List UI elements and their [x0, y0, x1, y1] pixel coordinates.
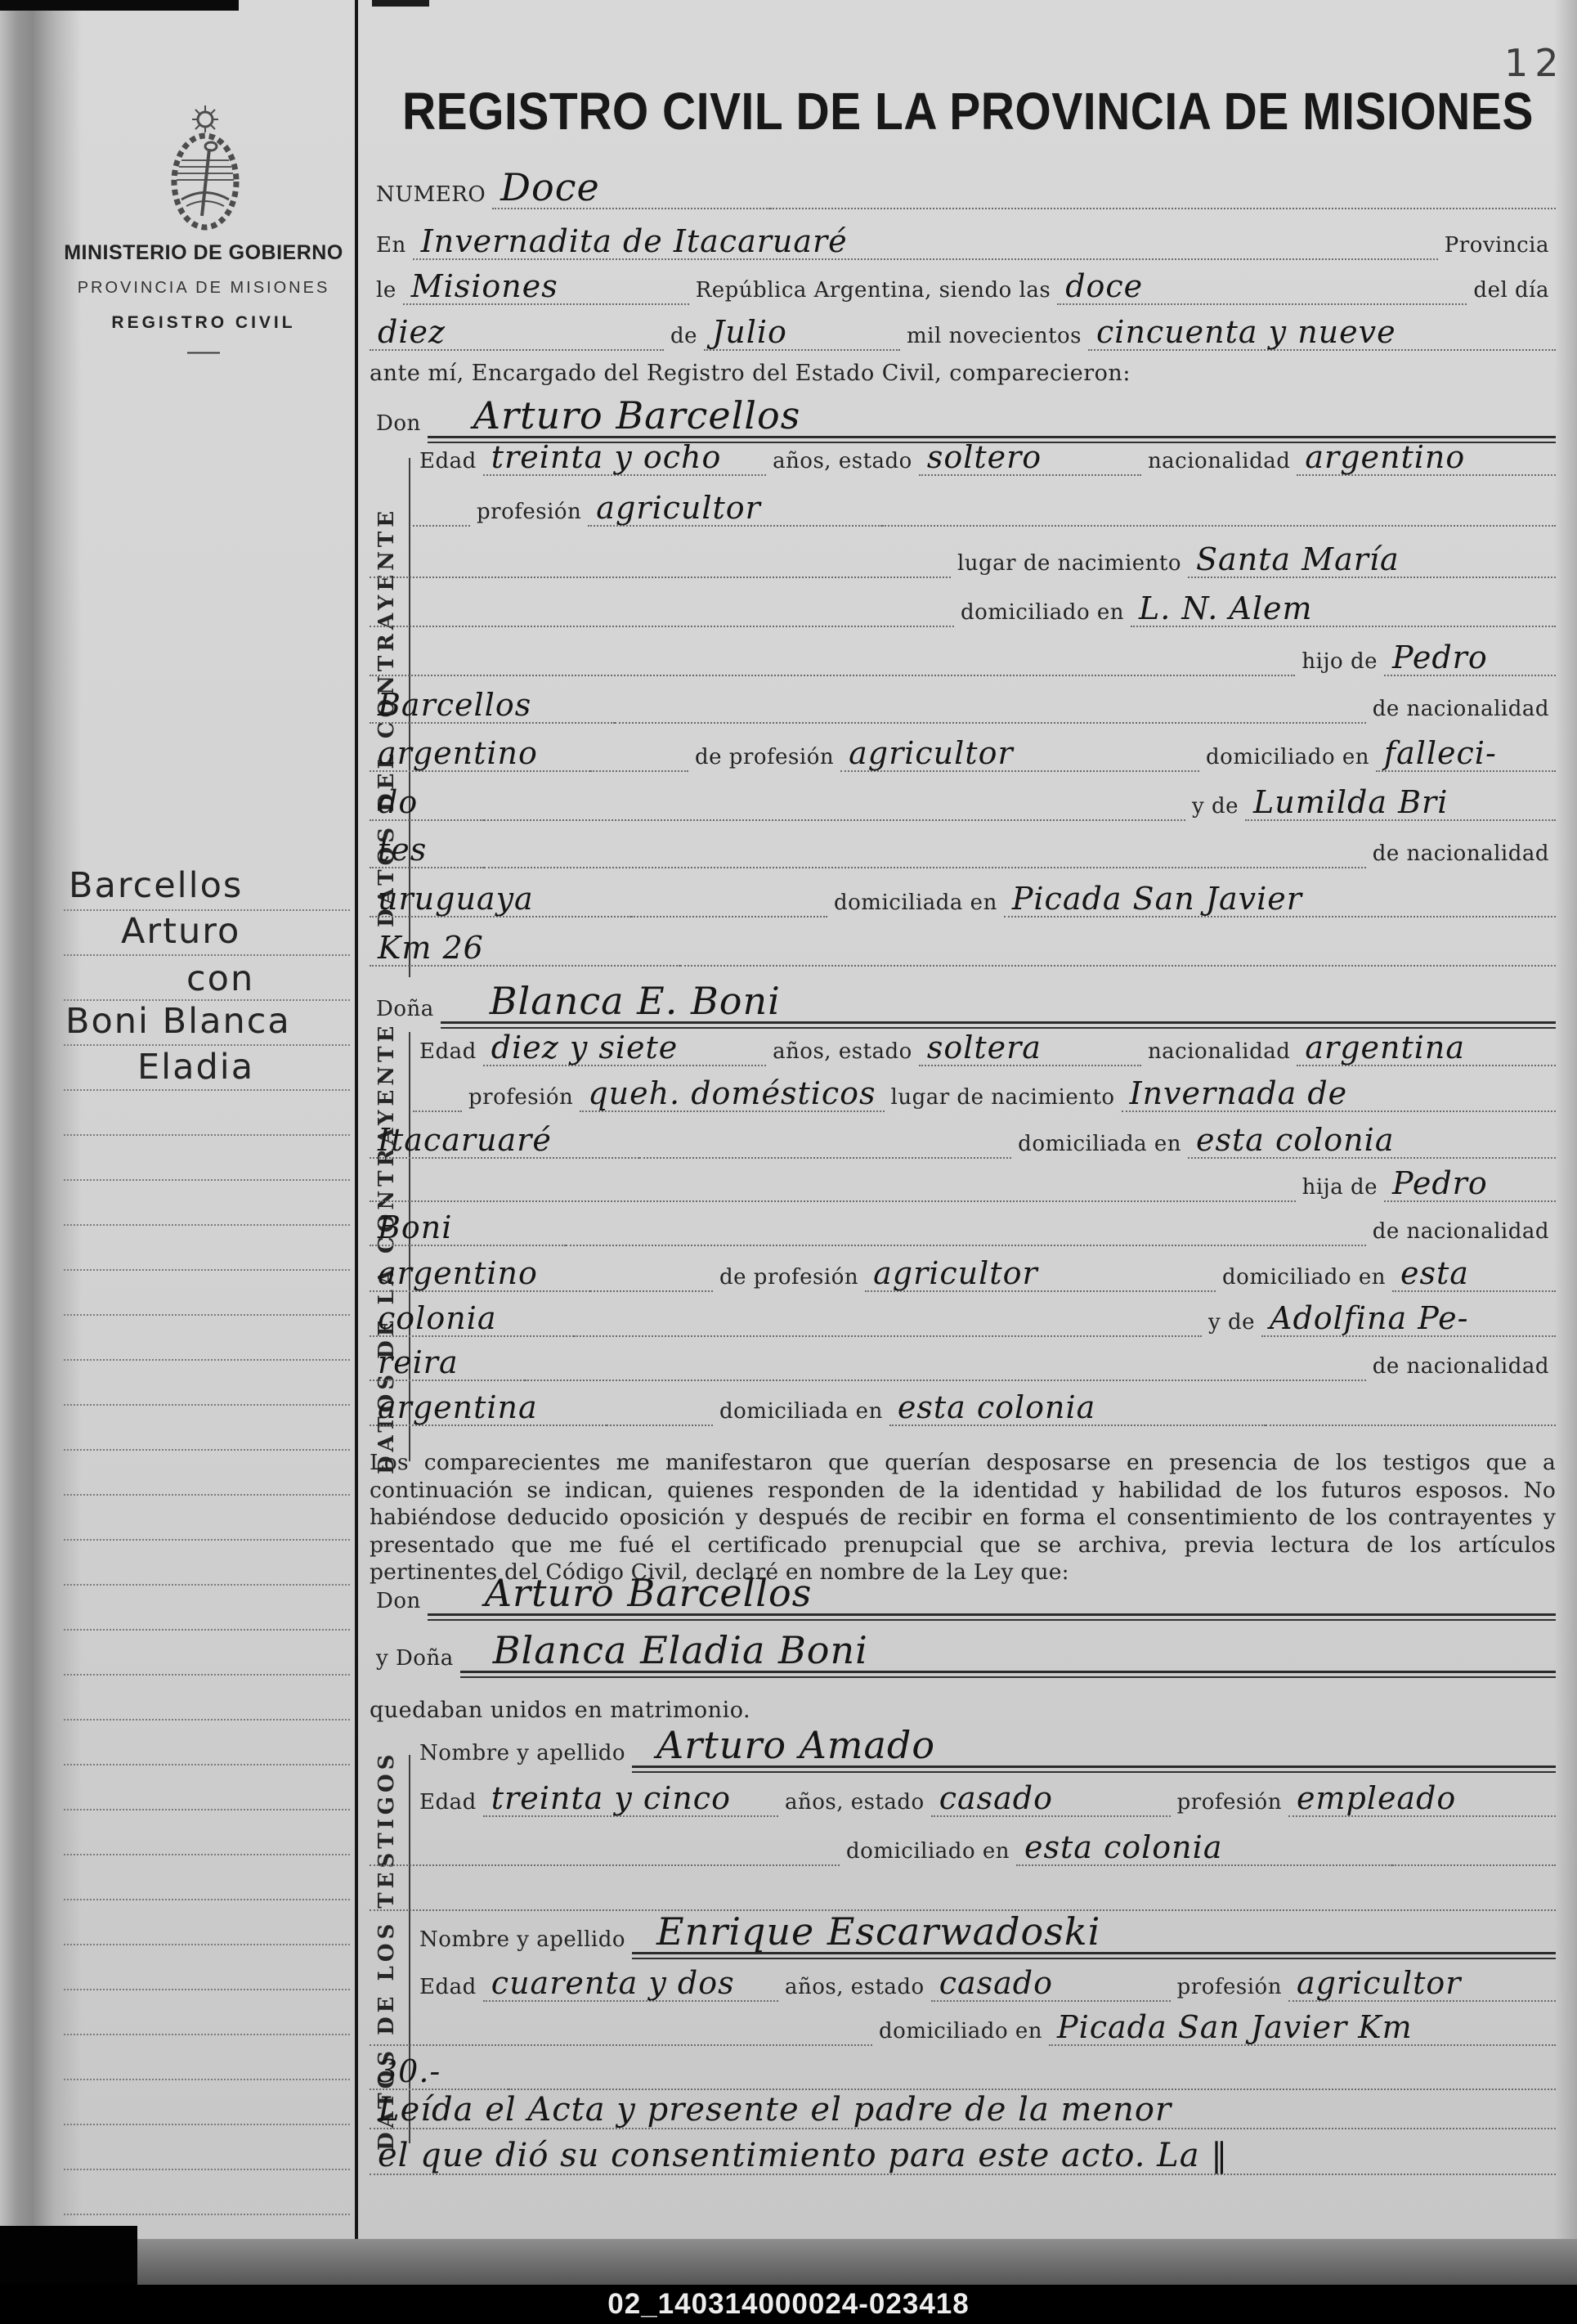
margin-ruled-line — [64, 1539, 350, 1541]
de-nacionalidad-label: de nacionalidad — [1366, 1354, 1556, 1389]
domiciliado-label: domiciliado en — [840, 1839, 1016, 1874]
groom-padre-nombre: Pedro — [1384, 642, 1556, 676]
dotted-rule — [525, 1378, 1366, 1381]
witness2-profesion: agricultor — [1288, 1967, 1556, 2002]
groom-edad-value: treinta y ocho — [483, 442, 766, 476]
witness2-name: Enrique Escarwadoski — [632, 1913, 1556, 1954]
groom-name-value: Arturo Barcellos — [428, 397, 1556, 438]
dotted-rule — [590, 1289, 713, 1292]
bride-madre-domicilio: esta colonia — [889, 1392, 1266, 1426]
bride-madre-nombre-1: Adolfina Pe- — [1261, 1303, 1556, 1337]
bride-madre-nombre-2: reira — [370, 1347, 525, 1381]
dotted-rule — [590, 769, 688, 772]
anos-estado-label: años, estado — [778, 1975, 931, 2010]
del-dia-label: del día — [1467, 278, 1556, 313]
scanned-civil-registry-page: MINISTERIO DE GOBIERNO PROVINCIA DE MISI… — [0, 0, 1577, 2324]
dotted-rule — [639, 1155, 1011, 1159]
groom-lugar-value: Santa María — [1188, 544, 1556, 578]
margin-ruled-line — [64, 1404, 350, 1406]
groom-madre-nacionalidad: uruguaya — [370, 883, 631, 917]
dotted-rule — [680, 963, 1556, 967]
provincia-label: Provincia — [1438, 233, 1556, 268]
page-title: REGISTRO CIVIL DE LA PROVINCIA DE MISION… — [402, 82, 1506, 142]
argentina-coat-of-arms-icon — [157, 101, 253, 239]
dotted-rule — [574, 1334, 1202, 1337]
witness1-name-line: Nombre y apellido Arturo Amado — [413, 1724, 1556, 1776]
vows-dona-line: y Doña Blanca Eladia Boni — [370, 1629, 1556, 1681]
dotted-rule — [770, 206, 1556, 209]
nacionalidad-label: nacionalidad — [1141, 1039, 1297, 1075]
anos-estado-label: años, estado — [766, 1039, 919, 1075]
bride-line-hija-de: hija de Pedro — [370, 1163, 1556, 1210]
margin-ruled-line — [64, 1314, 350, 1316]
dotted-rule — [413, 1109, 462, 1112]
bride-line-madre-2: reira de nacionalidad — [370, 1342, 1556, 1389]
bride-nacionalidad-value: argentina — [1297, 1032, 1556, 1066]
de2-label: de — [664, 324, 704, 359]
lugar-registro-value: Invernadita de Itacaruaré — [413, 226, 1438, 260]
margin-ruled-line — [64, 1854, 350, 1855]
bride-padre-nacionalidad: argentino — [370, 1258, 590, 1292]
de-nacionalidad-label: de nacionalidad — [1366, 697, 1556, 732]
groom-line-padre-apellido: Barcellos de nacionalidad — [370, 684, 1556, 732]
margin-ruled-line — [64, 1629, 350, 1631]
scan-top-shadow — [0, 0, 239, 11]
margin-name-surname-groom: Barcellos — [69, 868, 243, 904]
provincia-value: Misiones — [403, 271, 689, 305]
margin-name-con: con — [186, 962, 254, 997]
groom-padre-profesion: agricultor — [840, 738, 1199, 772]
nombre-apellido-label: Nombre y apellido — [413, 1741, 632, 1776]
scan-bed-band — [0, 2239, 1577, 2285]
hijo-de-label: hijo de — [1295, 649, 1384, 684]
bride-domicilio-value: esta colonia — [1188, 1124, 1556, 1159]
bride-line-madre-domicilio: argentina domiciliada en esta colonia — [370, 1387, 1556, 1434]
groom-padre-domicilio-1: falleci- — [1376, 738, 1556, 772]
witness1-estado: casado — [931, 1783, 1171, 1817]
margin-ruled-line — [64, 2169, 350, 2170]
hija-de-label: hija de — [1296, 1175, 1384, 1210]
paper-page: MINISTERIO DE GOBIERNO PROVINCIA DE MISI… — [0, 0, 1577, 2239]
numero-label: NUMERO — [370, 182, 492, 218]
bride-line-padre-datos: argentino de profesión agricultor domici… — [370, 1253, 1556, 1300]
letterhead-ministry: MINISTERIO DE GOBIERNO — [54, 241, 353, 265]
groom-madre-domicilio-1: Picada San Javier — [1004, 883, 1556, 917]
margin-ruled-line — [64, 1269, 350, 1271]
lugar-nacimiento-label: lugar de nacimiento — [951, 551, 1188, 586]
domiciliado-label: domiciliado en — [1199, 745, 1376, 780]
groom-estado-value: soltero — [919, 442, 1141, 476]
groom-nacionalidad-value: argentino — [1297, 442, 1556, 476]
field-fecha: diez de Julio mil novecientos cincuenta … — [370, 313, 1556, 359]
dotted-rule — [370, 624, 954, 627]
groom-line-madre-2: tes de nacionalidad — [370, 829, 1556, 877]
witness1-domicilio: esta colonia — [1016, 1832, 1392, 1866]
witness2-edad: cuarenta y dos — [483, 1967, 778, 2002]
letterhead-divider: —— — [54, 343, 353, 362]
profesion-label: profesión — [1171, 1975, 1288, 2010]
closing-text-2: el que dió su consentimiento para este a… — [370, 2139, 1556, 2175]
dotted-rule — [1392, 1863, 1556, 1866]
bride-estado-value: soltera — [919, 1032, 1141, 1066]
groom-line-domicilio: domiciliado en L. N. Alem — [370, 588, 1556, 635]
margin-ruled-line — [64, 1764, 350, 1765]
closing-line-1: Leída el Acta y presente el padre de la … — [370, 2087, 1556, 2138]
bride-edad-value: diez y siete — [483, 1032, 766, 1066]
vows-don-line: Don Arturo Barcellos — [370, 1572, 1556, 1624]
dotted-rule — [484, 818, 1185, 821]
margin-ruled-line — [64, 1134, 350, 1136]
dotted-rule — [1266, 1423, 1556, 1426]
letterhead-province: PROVINCIA DE MISIONES — [54, 279, 353, 298]
bride-line-edad: Edad diez y siete años, estado soltera n… — [413, 1027, 1556, 1075]
groom-line-madre: do y de Lumilda Bri — [370, 782, 1556, 829]
bride-padre-domicilio-1: esta — [1392, 1258, 1556, 1292]
margin-ruled-line — [64, 1044, 350, 1046]
bride-profesion-value: queh. domésticos — [580, 1078, 884, 1112]
profesion-label: profesión — [1171, 1790, 1288, 1825]
domiciliada-label: domiciliada en — [713, 1399, 889, 1434]
edad-label: Edad — [413, 1039, 483, 1075]
field-dona: Doña Blanca E. Boni — [370, 981, 1556, 1032]
witness2-domicilio-1: Picada San Javier Km — [1049, 2012, 1556, 2046]
edad-label: Edad — [413, 1975, 483, 2010]
edad-label: Edad — [413, 1790, 483, 1825]
nombre-apellido-label: Nombre y apellido — [413, 1927, 632, 1963]
margin-ruled-line — [64, 1179, 350, 1181]
profesion-label: profesión — [462, 1085, 580, 1120]
groom-padre-domicilio-2: do — [370, 787, 484, 821]
groom-domicilio-value: L. N. Alem — [1131, 593, 1556, 627]
witness1-name: Arturo Amado — [632, 1726, 1556, 1768]
groom-line-padre-datos: argentino de profesión agricultor domici… — [370, 733, 1556, 780]
margin-ruled-line — [64, 2079, 350, 2080]
lugar-nacimiento-label: lugar de nacimiento — [885, 1085, 1122, 1120]
dotted-rule — [413, 523, 470, 527]
letterhead-office: REGISTRO CIVIL — [54, 313, 353, 333]
margin-ruled-line — [64, 2034, 350, 2035]
dotted-rule — [370, 1199, 1296, 1202]
bride-padre-domicilio-2: colonia — [370, 1303, 574, 1337]
margin-ruled-line — [64, 2214, 350, 2215]
witness1-profesion: empleado — [1288, 1783, 1556, 1817]
y-de-label: y de — [1185, 794, 1245, 829]
bride-padre-apellido: Boni — [370, 1212, 566, 1246]
margin-ruled-line — [64, 1449, 350, 1451]
bride-name-value: Blanca E. Boni — [441, 982, 1556, 1024]
dotted-rule — [370, 673, 1295, 676]
nacionalidad-label: nacionalidad — [1141, 449, 1297, 484]
margin-ruled-line — [64, 1089, 350, 1091]
margin-ruled-line — [64, 1899, 350, 1900]
closing-text-1: Leída el Acta y presente el padre de la … — [370, 2093, 1556, 2129]
vows-groom-name: Arturo Barcellos — [428, 1574, 1556, 1616]
republica-label: República Argentina, siendo las — [689, 278, 1057, 313]
dia-value: diez — [370, 316, 664, 351]
ante-mi-text: ante mí, Encargado del Registro del Esta… — [370, 361, 1131, 386]
de-label: le — [370, 278, 403, 313]
scan-top-tab — [372, 0, 429, 7]
groom-profesion-value: agricultor — [588, 492, 882, 527]
de-nacionalidad-label: de nacionalidad — [1366, 841, 1556, 877]
dotted-rule — [370, 575, 951, 578]
bride-lugar-2: Itacaruaré — [370, 1124, 639, 1159]
mil-novecientos-label: mil novecientos — [900, 324, 1088, 359]
dotted-rule — [607, 1423, 713, 1426]
dotted-rule — [615, 720, 1366, 724]
margin-ruled-line — [64, 954, 350, 956]
groom-line-nacimiento: lugar de nacimiento Santa María — [370, 539, 1556, 586]
bride-padre-profesion: agricultor — [865, 1258, 1216, 1292]
margin-ruled-line — [64, 1674, 350, 1676]
groom-line-km: Km 26 — [370, 927, 1556, 975]
witness1-edad-line: Edad treinta y cinco años, estado casado… — [413, 1778, 1556, 1825]
margin-name-surname-bride: Boni Blanca — [65, 1004, 291, 1039]
groom-madre-nombre-2: tes — [370, 834, 484, 868]
hora-value: doce — [1057, 271, 1467, 305]
domiciliada-label: domiciliada en — [1011, 1132, 1188, 1167]
bride-line-madre: colonia y de Adolfina Pe- — [370, 1298, 1556, 1345]
dotted-rule — [631, 914, 827, 917]
en-label: En — [370, 233, 413, 268]
margin-ruled-line — [64, 1584, 350, 1586]
margin-ruled-line — [64, 1719, 350, 1721]
profesion-label: profesión — [470, 500, 588, 535]
legal-paragraph: Los comparecientes me manifestaron que q… — [370, 1449, 1556, 1586]
domiciliado-label: domiciliado en — [954, 600, 1131, 635]
bride-madre-nacionalidad: argentina — [370, 1392, 607, 1426]
de-nacionalidad-label: de nacionalidad — [1366, 1219, 1556, 1254]
groom-madre-nombre-1: Lumilda Bri — [1245, 787, 1556, 821]
edad-label: Edad — [413, 449, 483, 484]
witness2-estado: casado — [931, 1967, 1171, 2002]
witness2-domicilio-line: domiciliado en Picada San Javier Km — [370, 2007, 1556, 2054]
quedaban-text: quedaban unidos en matrimonio. — [370, 1698, 750, 1723]
margin-name-firstname-bride: Eladia — [137, 1050, 254, 1085]
y-dona-label: y Doña — [370, 1646, 460, 1681]
field-lugar-registro: En Invernadita de Itacaruaré Provincia — [370, 222, 1556, 268]
don-label: Don — [370, 1589, 428, 1624]
bride-lugar-1: Invernada de — [1122, 1078, 1556, 1112]
margin-ruled-line — [64, 1944, 350, 1945]
groom-padre-apellido: Barcellos — [370, 689, 615, 724]
field-provincia-hora: le Misiones República Argentina, siendo … — [370, 267, 1556, 313]
groom-padre-nacionalidad: argentino — [370, 738, 590, 772]
witness1-edad: treinta y cinco — [483, 1783, 778, 1817]
bride-line-padre-apellido: Boni de nacionalidad — [370, 1207, 1556, 1254]
dotted-rule — [370, 1863, 840, 1866]
archive-code: 02_140314000024-023418 — [607, 2288, 969, 2321]
bride-line-profesion: profesión queh. domésticos lugar de naci… — [413, 1073, 1556, 1120]
witness2-name-line: Nombre y apellido Enrique Escarwadoski — [413, 1910, 1556, 1963]
margin-ruled-line — [64, 1224, 350, 1226]
margin-ruled-line — [64, 1989, 350, 1990]
groom-line-profesion: profesión agricultor — [413, 487, 1556, 535]
footer-code-bar: 02_140314000024-023418 — [0, 2285, 1577, 2324]
margin-ruled-line — [64, 1809, 350, 1810]
closing-line-2: el que dió su consentimiento para este a… — [370, 2133, 1556, 2183]
dotted-rule — [484, 865, 1366, 868]
dotted-rule — [882, 523, 1556, 527]
form-left-border — [355, 0, 358, 2239]
witness2-domicilio-2: 30.- — [370, 2056, 508, 2090]
numero-value: Doce — [492, 168, 770, 209]
page-number-stamp: 12 — [1504, 41, 1566, 85]
groom-line-madre-domicilio: uruguaya domiciliada en Picada San Javie… — [370, 878, 1556, 926]
vows-bride-name: Blanca Eladia Boni — [460, 1631, 1556, 1673]
margin-ruled-line — [64, 1494, 350, 1496]
groom-madre-domicilio-2: Km 26 — [370, 932, 680, 967]
margin-name-firstname-groom: Arturo — [121, 914, 240, 949]
margin-ruled-line — [64, 1359, 350, 1361]
anio-value: cincuenta y nueve — [1088, 316, 1556, 351]
de-profesion-label: de profesión — [713, 1265, 865, 1300]
witness2-edad-line: Edad cuarenta y dos años, estado casado … — [413, 1963, 1556, 2010]
mes-value: Julio — [704, 316, 900, 351]
domiciliado-label: domiciliado en — [1216, 1265, 1392, 1300]
anos-estado-label: años, estado — [778, 1790, 931, 1825]
bride-padre-nombre: Pedro — [1384, 1168, 1556, 1202]
dotted-rule — [370, 2043, 872, 2046]
bride-line-domicilio: Itacaruaré domiciliada en esta colonia — [370, 1119, 1556, 1167]
domiciliada-label: domiciliada en — [827, 891, 1004, 926]
witness1-domicilio-line: domiciliado en esta colonia — [370, 1827, 1556, 1874]
field-numero: NUMERO Doce — [370, 170, 1556, 218]
anos-estado-label: años, estado — [766, 449, 919, 484]
dotted-rule — [566, 1243, 1366, 1246]
y-de-label: y de — [1202, 1310, 1261, 1345]
domiciliado-label: domiciliado en — [872, 2019, 1049, 2054]
groom-line-hijo-de: hijo de Pedro — [370, 637, 1556, 684]
groom-line-edad: Edad treinta y ocho años, estado soltero… — [413, 437, 1556, 484]
de-profesion-label: de profesión — [688, 745, 840, 780]
margin-ruled-line — [64, 2124, 350, 2125]
